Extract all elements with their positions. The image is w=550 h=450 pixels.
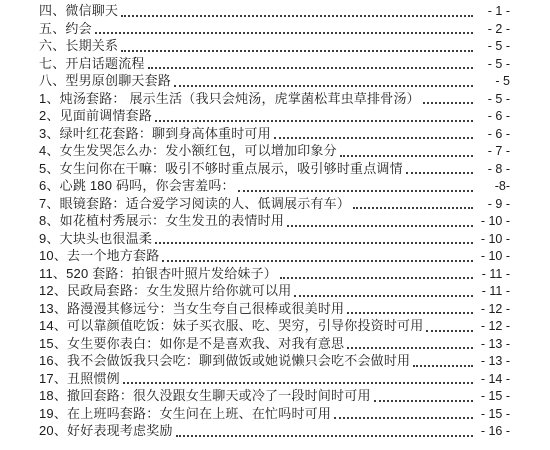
dot-leader: [406, 172, 473, 174]
toc-entry[interactable]: 四、微信聊天 - 1 -: [39, 2, 510, 20]
toc-entry[interactable]: 15、女生要你表白：如你是不是喜欢我、对我有意思 - 13 -: [39, 335, 510, 353]
toc-entry-label: 17、丑照惯例: [39, 371, 120, 388]
dot-leader: [148, 67, 473, 69]
toc-entry-page-number: - 8 -: [477, 161, 510, 178]
dot-leader: [423, 102, 473, 104]
toc-entry-label: 七、开启话题流程: [39, 56, 145, 73]
toc-entry[interactable]: 五、约会 - 2 -: [39, 20, 510, 38]
toc-entry-label: 12、民政局套路：女生发照片给你就可以用: [39, 283, 291, 300]
toc-entry-page-number: - 5: [477, 73, 510, 90]
toc-entry[interactable]: 3、绿叶红花套路：聊到身高体重时可用 - 6 -: [39, 125, 510, 143]
dot-leader: [155, 120, 473, 122]
toc-entry[interactable]: 10、去一个地方套路 - 10 -: [39, 247, 510, 265]
toc-entry-label: 7、眼镜套路：适合爱学习阅读的人、低调展示有车）: [39, 196, 350, 213]
toc-entry-page-number: - 12 -: [477, 318, 510, 335]
toc-entry-label: 四、微信聊天: [39, 3, 118, 20]
toc-entry[interactable]: 14、可以靠颜值吃饭：妹子买衣服、吃、哭穷，引导你投资时可用 - 12 -: [39, 317, 510, 335]
dot-leader: [347, 347, 473, 349]
dot-leader: [347, 312, 473, 314]
toc-entry-label: 14、可以靠颜值吃饭：妹子买衣服、吃、哭穷，引导你投资时可用: [39, 318, 423, 335]
toc-entry[interactable]: 7、眼镜套路：适合爱学习阅读的人、低调展示有车） - 9 -: [39, 195, 510, 213]
toc-entry[interactable]: 4、女生发哭怎么办：发小额红包，可以增加印象分 - 7 -: [39, 142, 510, 160]
toc-entry-page-number: - 10 -: [477, 231, 510, 248]
dot-leader: [123, 382, 473, 384]
toc-entry-label: 16、我不会做饭我只会吃：聊到做饭或她说懒只会吃不会做时用: [39, 353, 410, 370]
toc-entry-page-number: - 10 -: [477, 213, 510, 230]
toc-entry-page-number: - 13 -: [477, 353, 510, 370]
toc-entry-label: 11、520 套路：拍银杏叶照片发给妹子）: [39, 266, 277, 283]
toc-entry-label: 4、女生发哭怎么办：发小额红包，可以增加印象分: [39, 143, 337, 160]
toc-entry-page-number: - 5 -: [477, 56, 510, 73]
toc-entry-label: 20、好好表现考虑奖励: [39, 423, 173, 440]
dot-leader: [340, 155, 473, 157]
dot-leader: [121, 50, 473, 52]
toc-entry-label: 2、见面前调情套路: [39, 108, 152, 125]
dot-leader: [426, 330, 473, 332]
toc-entry[interactable]: 20、好好表现考虑奖励 - 16 -: [39, 422, 510, 440]
toc-entry[interactable]: 5、女生问你在干嘛：吸引不够时重点展示，吸引够时重点调情 - 8 -: [39, 160, 510, 178]
toc-entry-label: 1、炖汤套路： 展示生活（我只会炖汤，虎掌菌松茸虫草排骨汤）: [39, 91, 420, 108]
dot-leader: [155, 242, 473, 244]
dot-leader: [176, 435, 473, 437]
toc-entry-label: 5、女生问你在干嘛：吸引不够时重点展示，吸引够时重点调情: [39, 161, 403, 178]
toc-entry-page-number: - 14 -: [477, 371, 510, 388]
dot-leader: [174, 85, 473, 87]
toc-entry-page-number: - 9 -: [477, 196, 510, 213]
toc-entry[interactable]: 13、路漫漫其修远兮：当女生夸自己很棒或很美时用 - 12 -: [39, 300, 510, 318]
dot-leader: [413, 365, 473, 367]
toc-entry[interactable]: 8、如花植村秀展示：女生发丑的表情时用 - 10 -: [39, 212, 510, 230]
toc-entry[interactable]: 八、型男原创聊天套路 - 5: [39, 72, 510, 90]
dot-leader: [121, 15, 473, 17]
toc-entry[interactable]: 17、丑照惯例 - 14 -: [39, 370, 510, 388]
toc-entry[interactable]: 9、大块头也很温柔 - 10 -: [39, 230, 510, 248]
toc-entry-label: 19、在上班吗套路：女生问在上班、在忙吗时可用: [39, 406, 331, 423]
dot-leader: [334, 417, 473, 419]
toc-entry[interactable]: 11、520 套路：拍银杏叶照片发给妹子） - 11 -: [39, 265, 510, 283]
dot-leader: [287, 225, 473, 227]
dot-leader: [238, 190, 473, 192]
toc-entry-label: 15、女生要你表白：如你是不是喜欢我、对我有意思: [39, 336, 344, 353]
toc-entry-page-number: - 15 -: [477, 406, 510, 423]
toc-entry-page-number: - 6 -: [477, 108, 510, 125]
toc-entry-page-number: - 15 -: [477, 388, 510, 405]
toc-entry-page-number: - 10 -: [477, 248, 510, 265]
toc-entry-page-number: - 6 -: [477, 126, 510, 143]
toc-entry-label: 六、长期关系: [39, 38, 118, 55]
toc-entry-label: 9、大块头也很温柔: [39, 231, 152, 248]
toc-entry[interactable]: 1、炖汤套路： 展示生活（我只会炖汤，虎掌菌松茸虫草排骨汤） - 5 -: [39, 90, 510, 108]
toc-entry-page-number: - 12 -: [477, 301, 510, 318]
toc-entry[interactable]: 18、撤回套路：很久没跟女生聊天或冷了一段时间时可用 - 15 -: [39, 387, 510, 405]
dot-leader: [353, 207, 473, 209]
toc-entry-page-number: - 5 -: [477, 38, 510, 55]
toc-entry[interactable]: 六、长期关系 - 5 -: [39, 37, 510, 55]
dot-leader: [374, 400, 473, 402]
toc-entry-label: 3、绿叶红花套路：聊到身高体重时可用: [39, 126, 271, 143]
toc-entry-label: 10、去一个地方套路: [39, 248, 159, 265]
toc-entry-page-number: - 5 -: [477, 91, 510, 108]
toc-entry-page-number: - 2 -: [477, 21, 510, 38]
table-of-contents: 四、微信聊天 - 1 - 五、约会 - 2 - 六、长期关系 - 5 - 七、开…: [0, 0, 550, 450]
toc-entry[interactable]: 12、民政局套路：女生发照片给你就可以用 - 11 -: [39, 282, 510, 300]
dot-leader: [162, 260, 473, 262]
dot-leader: [280, 277, 473, 279]
toc-entry-label: 8、如花植村秀展示：女生发丑的表情时用: [39, 213, 284, 230]
toc-entry-page-number: - 7 -: [477, 143, 510, 160]
toc-entry-page-number: -8-: [477, 178, 510, 195]
toc-entry-page-number: - 11 -: [477, 283, 510, 300]
dot-leader: [95, 32, 473, 34]
toc-entry[interactable]: 七、开启话题流程 - 5 -: [39, 55, 510, 73]
toc-entry[interactable]: 6、心跳 180 码吗，你会害羞吗： -8-: [39, 177, 510, 195]
toc-entry-page-number: - 1 -: [477, 3, 510, 20]
toc-entry[interactable]: 16、我不会做饭我只会吃：聊到做饭或她说懒只会吃不会做时用 - 13 -: [39, 352, 510, 370]
toc-entry-page-number: - 16 -: [477, 423, 510, 440]
dot-leader: [274, 137, 473, 139]
toc-entry[interactable]: 2、见面前调情套路 - 6 -: [39, 107, 510, 125]
dot-leader: [294, 295, 473, 297]
toc-entry[interactable]: 19、在上班吗套路：女生问在上班、在忙吗时可用 - 15 -: [39, 405, 510, 423]
toc-entry-label: 五、约会: [39, 21, 92, 38]
toc-entry-page-number: - 11 -: [477, 266, 510, 283]
toc-entry-page-number: - 13 -: [477, 336, 510, 353]
toc-entry-label: 13、路漫漫其修远兮：当女生夸自己很棒或很美时用: [39, 301, 344, 318]
toc-entry-label: 18、撤回套路：很久没跟女生聊天或冷了一段时间时可用: [39, 388, 371, 405]
toc-entry-label: 八、型男原创聊天套路: [39, 73, 171, 90]
toc-entry-label: 6、心跳 180 码吗，你会害羞吗：: [39, 178, 235, 195]
